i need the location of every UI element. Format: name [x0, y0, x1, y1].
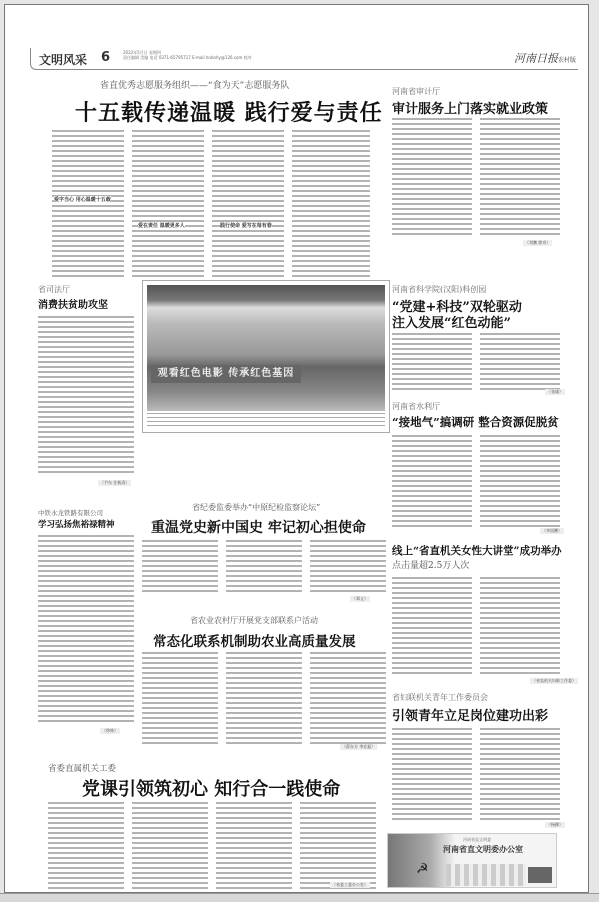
tax-byline: （尹东 任新清） — [98, 480, 131, 486]
discipline-body — [142, 540, 387, 595]
tax-title: 消费扶贫助攻坚 — [38, 296, 108, 311]
page-header: 文明风采 6 2022年5月日 星期四 责任编辑 美编 电话 0371-6579… — [30, 48, 578, 70]
organs-kicker: 省委直属机关工委 — [48, 762, 116, 774]
section-title: 文明风采 — [39, 51, 87, 68]
advertisement-banner: 河南省直文明委 河南省直文明委办公室 ☭ — [387, 833, 557, 888]
tech-kicker: 河南省科学院(汉阳)科创园 — [392, 284, 486, 295]
tech-body — [392, 333, 562, 391]
agri-body — [142, 652, 387, 747]
agri-kicker: 省农业农村厅开展党支部联系户活动 — [190, 615, 318, 626]
company-title: 学习弘扬焦裕禄精神 — [38, 518, 115, 530]
audit-body — [392, 118, 562, 238]
youth-kicker: 省妇联机关青年工作委员会 — [392, 692, 488, 703]
discipline-kicker: 省纪委监委举办“中原纪检监察论坛” — [192, 502, 320, 513]
discipline-byline: （郑义） — [350, 596, 370, 602]
event-photo: 观看红色电影 传承红色基因 — [142, 280, 390, 433]
women-subtitle: 点击量超2.5万人次 — [392, 558, 469, 571]
header-meta: 2022年5月日 星期四 责任编辑 美编 电话 0371-65795717 E-… — [123, 50, 313, 60]
women-body — [392, 577, 562, 677]
organs-body — [48, 802, 378, 890]
water-byline: （李国鹏） — [540, 528, 564, 534]
organs-byline: （省委工委办公室） — [330, 882, 370, 888]
women-byline: （省直机关妇联工作委） — [530, 678, 578, 684]
page-number: 6 — [101, 50, 110, 65]
company-byline: （徐林） — [100, 728, 120, 734]
tax-body — [38, 316, 134, 476]
lead-title: 十五载传递温暖 践行爱与责任 — [75, 96, 383, 127]
audit-kicker: 河南省审计厅 — [392, 86, 440, 97]
lead-subhead-3: 践行使命 爱写在每有春 — [220, 222, 272, 229]
women-title: 线上“省直机关女性大讲堂”成功举办 — [392, 543, 562, 558]
lead-body — [52, 130, 372, 280]
company-body — [38, 535, 134, 725]
agri-title: 常态化联系机制助农业高质量发展 — [153, 630, 356, 650]
agri-byline: （薛东方 李宏磊） — [340, 744, 377, 750]
company-kicker: 中铁永龙铁路有限公司 — [38, 508, 103, 517]
city-skyline-graphic — [446, 864, 526, 886]
lead-subhead-2: 爱在责任 温暖更多人 — [138, 222, 185, 229]
party-emblem-icon: ☭ — [416, 861, 429, 877]
header-contact: 责任编辑 美编 电话 0371-65795717 E-mail hnbnhy@1… — [123, 55, 313, 60]
tech-byline: （张瑜） — [545, 389, 565, 395]
lead-kicker: 省直优秀志愿服务组织——“食为天”志愿服务队 — [100, 78, 289, 91]
viewer-bottom-bar — [0, 893, 599, 902]
group-photo-image — [147, 285, 385, 411]
lead-subhead-1: 爱字当心 用心温暖十五载 — [54, 196, 111, 203]
photo-banner-text: 观看红色电影 传承红色基因 — [151, 365, 301, 383]
logo-text: 河南日报 — [514, 52, 558, 65]
youth-title: 引领青年立足岗位建功出彩 — [392, 705, 548, 724]
ad-title: 河南省直文明委办公室 — [443, 844, 523, 855]
water-body — [392, 435, 562, 527]
logo-sub: 农村版 — [558, 57, 576, 64]
youth-body — [392, 728, 562, 820]
water-title: “接地气”搞调研 整合资源促脱贫 — [392, 414, 559, 430]
youth-byline: （杨柳） — [545, 822, 565, 828]
tech-title-line2: 注入发展“红色动能” — [392, 312, 511, 331]
audit-byline: （刘鹏 徐奇） — [523, 240, 552, 246]
newspaper-page: 文明风采 6 2022年5月日 星期四 责任编辑 美编 电话 0371-6579… — [30, 40, 578, 880]
audit-title: 审计服务上门落实就业政策 — [392, 98, 548, 117]
organs-title: 党课引领筑初心 知行合一践使命 — [82, 775, 340, 801]
photo-caption — [147, 413, 385, 429]
discipline-title: 重温党史新中国史 牢记初心担使命 — [151, 517, 366, 537]
newspaper-logo: 河南日报农村版 — [514, 50, 576, 66]
water-kicker: 河南省水利厅 — [392, 401, 440, 412]
ad-small-text: 河南省直文明委 — [463, 837, 491, 843]
tax-kicker: 省司法厅 — [38, 284, 70, 295]
seal-stamp-icon — [528, 867, 552, 883]
